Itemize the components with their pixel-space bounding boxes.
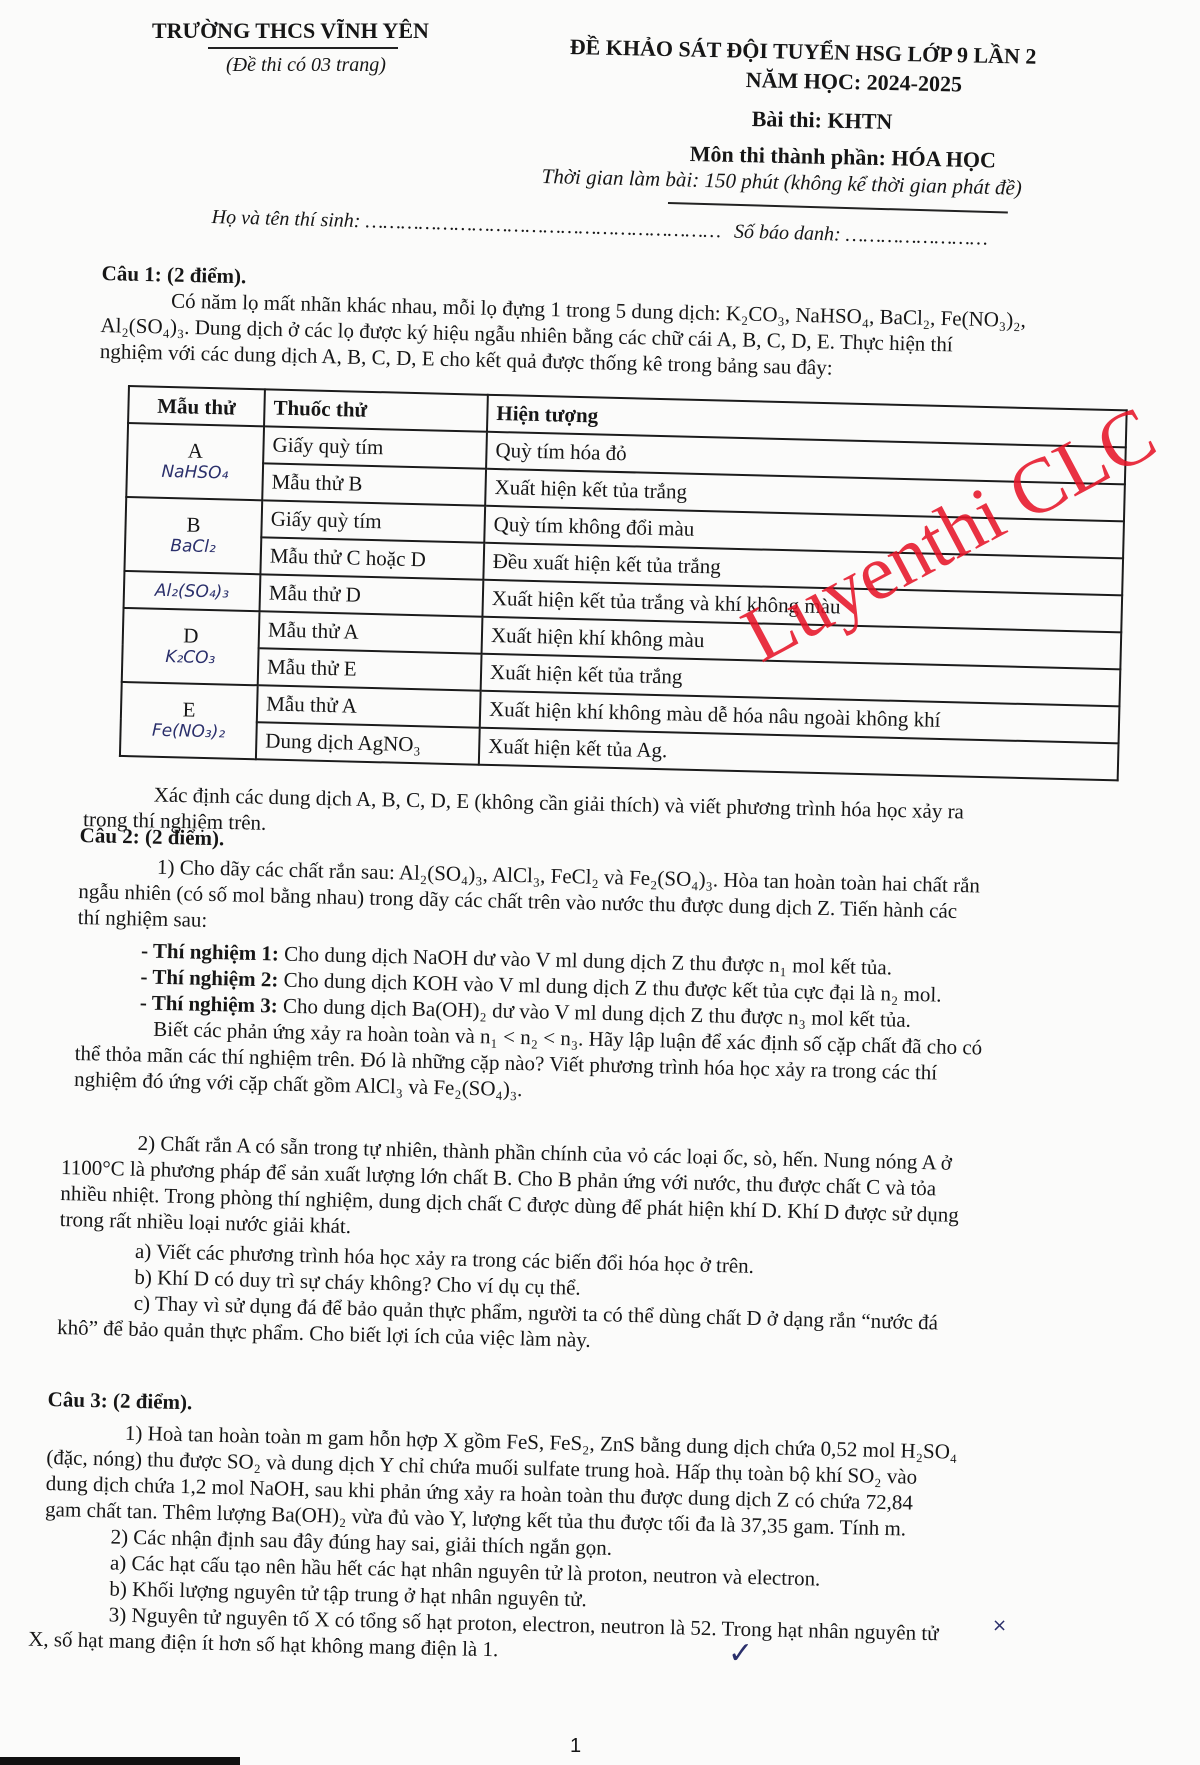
handwritten-note: Fe(NO₃)₂ — [129, 719, 248, 744]
sample-label: E — [182, 697, 195, 721]
sample-label: A — [188, 438, 204, 462]
handwritten-note: K₂CO₃ — [131, 645, 250, 670]
candidate-id-field[interactable]: Số báo danh: …………………… — [734, 221, 988, 250]
experiment-label: - Thí nghiệm 2: — [140, 964, 278, 991]
cross-mark-icon: × — [992, 1615, 1007, 1636]
question-1: Câu 1: (2 điểm). Có năm lọ mất nhãn khác… — [100, 260, 1027, 385]
exam-page: TRƯỜNG THCS VĨNH YÊN (Đề thi có 03 trang… — [0, 0, 1200, 1765]
observations-table: Mẫu thử Thuốc thử Hiện tượng A NaHSO₄ Gi… — [119, 385, 1128, 781]
sample-cell-b: B BaCl₂ — [124, 497, 262, 574]
sample-cell-e: E Fe(NO₃)₂ — [120, 682, 258, 759]
column-header-sample: Mẫu thử — [128, 386, 265, 426]
column-header-reagent: Thuốc thử — [264, 389, 488, 431]
exam-title: ĐỀ KHẢO SÁT ĐỘI TUYỂN HSG LỚP 9 LẦN 2 — [569, 34, 1036, 70]
reagent-cell: Mẫu thử C hoặc D — [260, 537, 484, 579]
sample-cell-c: Al₂(SO₄)₃ — [124, 571, 261, 611]
time-underline — [668, 202, 1008, 213]
reagent-cell: Giấy quỳ tím — [261, 500, 485, 542]
reagent-cell: Mẫu thử A — [257, 685, 481, 727]
check-mark-icon: ✓ — [728, 1636, 753, 1671]
experiment-label: - Thí nghiệm 3: — [140, 990, 278, 1017]
school-underline — [208, 47, 398, 49]
handwritten-note: Al₂(SO₄)₃ — [133, 579, 252, 604]
question-2-part-2: 2) Chất rắn A có sẵn trong tự nhiên, thà… — [57, 1128, 961, 1362]
question-3: Câu 3: (2 điểm). 1) Hoà tan hoàn toàn m … — [42, 1386, 958, 1673]
reagent-cell: Mẫu thử B — [262, 463, 486, 505]
page-number: 1 — [570, 1735, 581, 1758]
school-year: NĂM HỌC: 2024-2025 — [745, 67, 962, 98]
sample-cell-d: D K₂CO₃ — [122, 608, 260, 685]
reagent-cell: Mẫu thử A — [259, 611, 483, 653]
scan-edge-shadow — [0, 1757, 240, 1765]
reagent-cell: Dung dịch AgNO₃ — [256, 722, 480, 764]
handwritten-note: NaHSO₄ — [136, 460, 255, 485]
sample-cell-a: A NaHSO₄ — [126, 423, 264, 500]
test-name: Bài thi: KHTN — [751, 106, 892, 135]
reagent-cell: Mẫu thử E — [258, 648, 482, 690]
pages-note: (Đề thi có 03 trang) — [226, 54, 386, 77]
school-name: TRƯỜNG THCS VĨNH YÊN — [152, 18, 429, 44]
experiment-label: - Thí nghiệm 1: — [141, 938, 279, 965]
sample-label: B — [186, 512, 201, 536]
candidate-name-field[interactable]: Họ và tên thí sinh: …………………………………………………… — [211, 206, 721, 242]
candidate-info: Họ và tên thí sinh: ……………………………………………………… — [211, 206, 988, 251]
handwritten-note: BaCl₂ — [134, 534, 253, 559]
reagent-cell: Mẫu thử D — [260, 574, 484, 616]
reagent-cell: Giấy quỳ tím — [263, 426, 487, 468]
sample-label: D — [183, 623, 199, 647]
question-2: Câu 2: (2 điểm). 1) Cho dãy các chất rắn… — [74, 822, 987, 1113]
